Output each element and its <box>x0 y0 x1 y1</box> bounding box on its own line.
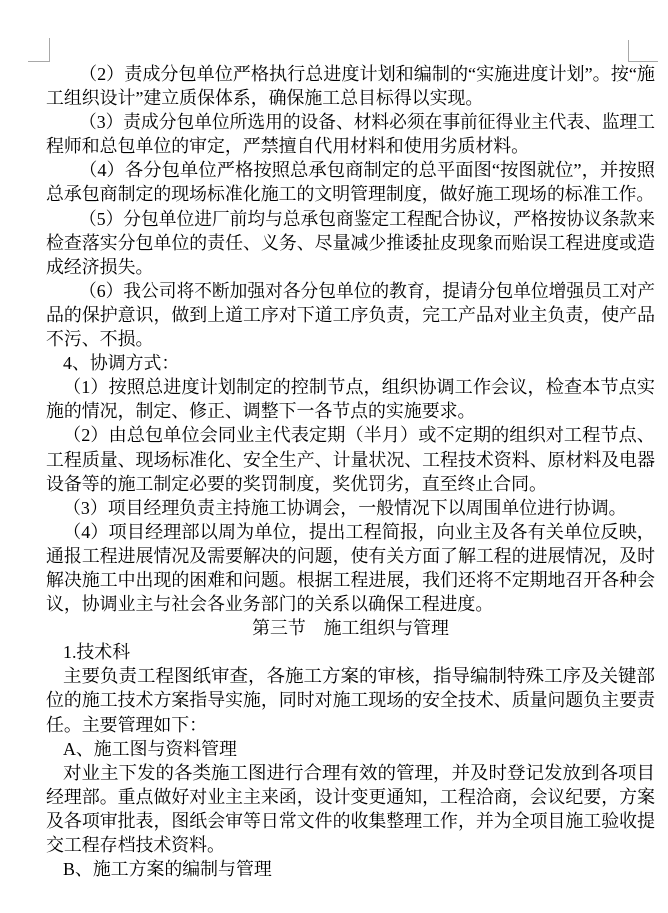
text-run: 1.技术科 <box>63 640 130 664</box>
text-line: 检查落实分包单位的责任、义务、尽量减少推诿扯皮现象而贻误工程进度或造 <box>46 231 655 255</box>
text-run: 任。主要管理如下： <box>46 713 207 737</box>
text-line: （2）责成分包单位严格执行总进度计划和编制的“实施进度计划”。按“施 <box>46 62 655 86</box>
text-run: 4、协调方式： <box>63 351 179 375</box>
text-run: 品的保护意识，做到上道工序对下道工序负责，完工产品对业主负责，使产品 <box>46 303 655 327</box>
text-run: 通报工程进展情况及需要解决的问题，使有关方面了解工程的进展情况，及时 <box>46 544 655 568</box>
text-line: 总承包商制定的现场标准化施工的文明管理制度，做好施工现场的标准工作。 <box>46 182 655 206</box>
text-run: 经理部。重点做好对业主主来函，设计变更通知，工程洽商，会议纪要，方案 <box>46 785 655 809</box>
text-run: 检查落实分包单位的责任、义务、尽量减少推诿扯皮现象而贻误工程进度或造 <box>46 231 655 255</box>
text-line: （6）我公司将不断加强对各分包单位的教育，提请分包单位增强员工对产 <box>46 279 655 303</box>
text-run: 第三节 施工组织与管理 <box>252 616 449 640</box>
document-text-block: （2）责成分包单位严格执行总进度计划和编制的“实施进度计划”。按“施工组织设计”… <box>46 62 655 881</box>
text-line: （3）责成分包单位所选用的设备、材料必须在事前征得业主代表、监理工 <box>46 110 655 134</box>
text-line: 通报工程进展情况及需要解决的问题，使有关方面了解工程的进展情况，及时 <box>46 544 655 568</box>
text-run: （4）各分包单位严格按照总承包商制定的总平面图“按图就位”，并按照 <box>79 158 655 182</box>
text-line: 1.技术科 <box>46 640 655 664</box>
text-run: 议，协调业主与社会各业务部门的关系以确保工程进度。 <box>46 592 493 616</box>
text-run: 位的施工技术方案指导实施，同时对施工现场的安全技术、质量问题负主要责 <box>46 688 655 712</box>
text-line: B、施工方案的编制与管理 <box>46 857 655 881</box>
text-run: （6）我公司将不断加强对各分包单位的教育，提请分包单位增强员工对产 <box>79 279 655 303</box>
document-page: （2）责成分包单位严格执行总进度计划和编制的“实施进度计划”。按“施工组织设计”… <box>0 0 668 913</box>
text-run: 总承包商制定的现场标准化施工的文明管理制度，做好施工现场的标准工作。 <box>46 182 654 206</box>
text-run: （3）责成分包单位所选用的设备、材料必须在事前征得业主代表、监理工 <box>79 110 655 134</box>
section-heading: 第三节 施工组织与管理 <box>46 616 655 640</box>
text-run: （1）按照总进度计划制定的控制节点，组织协调工作会议，检查本节点实 <box>63 375 655 399</box>
text-line: 不污、不损。 <box>46 327 655 351</box>
text-run: （3）项目经理负责主持施工协调会，一般情况下以周围单位进行协调。 <box>63 496 627 520</box>
text-line: 主要负责工程图纸审查，各施工方案的审核，指导编制特殊工序及关键部 <box>46 664 655 688</box>
margin-mark-top-left-icon <box>28 38 50 62</box>
text-run: 设备等的施工制定必要的奖罚制度，奖优罚劣，直至终止合同。 <box>46 472 547 496</box>
text-run: 工程质量、现场标准化、安全生产、计量状况、工程技术资料、原材料及电器 <box>46 448 655 472</box>
text-line: （1）按照总进度计划制定的控制节点，组织协调工作会议，检查本节点实 <box>46 375 655 399</box>
text-run: 施的情况，制定、修正、调整下一各节点的实施要求。 <box>46 399 475 423</box>
text-run: 工组织设计”建立质保体系，确保施工总目标得以实现。 <box>46 86 483 110</box>
text-run: （5）分包单位进厂前均与总承包商鉴定工程配合协议，严格按协议条款来 <box>79 207 655 231</box>
text-line: 4、协调方式： <box>46 351 655 375</box>
text-line: （4）各分包单位严格按照总承包商制定的总平面图“按图就位”，并按照 <box>46 158 655 182</box>
text-run: （2）由总包单位会同业主代表定期（半月）或不定期的组织对工程节点、 <box>63 423 655 447</box>
text-line: 施的情况，制定、修正、调整下一各节点的实施要求。 <box>46 399 655 423</box>
text-line: 设备等的施工制定必要的奖罚制度，奖优罚劣，直至终止合同。 <box>46 472 655 496</box>
text-line: 对业主下发的各类施工图进行合理有效的管理，并及时登记发放到各项目 <box>46 761 655 785</box>
text-run: A、施工图与资料管理 <box>63 737 237 761</box>
text-run: （2）责成分包单位严格执行总进度计划和编制的“实施进度计划”。按“施 <box>79 62 655 86</box>
text-line: （5）分包单位进厂前均与总承包商鉴定工程配合协议，严格按协议条款来 <box>46 207 655 231</box>
text-run: 解决施工中出现的困难和问题。根据工程进展，我们还将不定期地召开各种会 <box>46 568 655 592</box>
text-line: （2）由总包单位会同业主代表定期（半月）或不定期的组织对工程节点、 <box>46 423 655 447</box>
text-line: （4）项目经理部以周为单位，提出工程简报，向业主及各有关单位反映， <box>46 520 655 544</box>
text-line: 任。主要管理如下： <box>46 713 655 737</box>
text-line: 解决施工中出现的困难和问题。根据工程进展，我们还将不定期地召开各种会 <box>46 568 655 592</box>
text-line: 交工程存档技术资料。 <box>46 833 655 857</box>
text-run: 程师和总包单位的审定，严禁擅自代用材料和使用劣质材料。 <box>46 134 529 158</box>
text-run: 主要负责工程图纸审查，各施工方案的审核，指导编制特殊工序及关键部 <box>63 664 655 688</box>
text-run: 不污、不损。 <box>46 327 153 351</box>
text-line: 工程质量、现场标准化、安全生产、计量状况、工程技术资料、原材料及电器 <box>46 448 655 472</box>
text-line: 议，协调业主与社会各业务部门的关系以确保工程进度。 <box>46 592 655 616</box>
text-line: 品的保护意识，做到上道工序对下道工序负责，完工产品对业主负责，使产品 <box>46 303 655 327</box>
text-run: 交工程存档技术资料。 <box>46 833 225 857</box>
text-line: 成经济损失。 <box>46 255 655 279</box>
text-run: 成经济损失。 <box>46 255 153 279</box>
margin-mark-top-right-icon <box>628 40 658 62</box>
text-line: 位的施工技术方案指导实施，同时对施工现场的安全技术、质量问题负主要责 <box>46 688 655 712</box>
text-line: A、施工图与资料管理 <box>46 737 655 761</box>
text-line: 及各项审批表，图纸会审等日常文件的收集整理工作，并为全项目施工验收提 <box>46 809 655 833</box>
text-line: 经理部。重点做好对业主主来函，设计变更通知，工程洽商，会议纪要，方案 <box>46 785 655 809</box>
text-run: B、施工方案的编制与管理 <box>63 857 272 881</box>
text-line: 工组织设计”建立质保体系，确保施工总目标得以实现。 <box>46 86 655 110</box>
text-line: （3）项目经理负责主持施工协调会，一般情况下以周围单位进行协调。 <box>46 496 655 520</box>
text-run: 对业主下发的各类施工图进行合理有效的管理，并及时登记发放到各项目 <box>63 761 655 785</box>
text-run: 及各项审批表，图纸会审等日常文件的收集整理工作，并为全项目施工验收提 <box>46 809 655 833</box>
text-line: 程师和总包单位的审定，严禁擅自代用材料和使用劣质材料。 <box>46 134 655 158</box>
text-run: （4）项目经理部以周为单位，提出工程简报，向业主及各有关单位反映， <box>63 520 655 544</box>
